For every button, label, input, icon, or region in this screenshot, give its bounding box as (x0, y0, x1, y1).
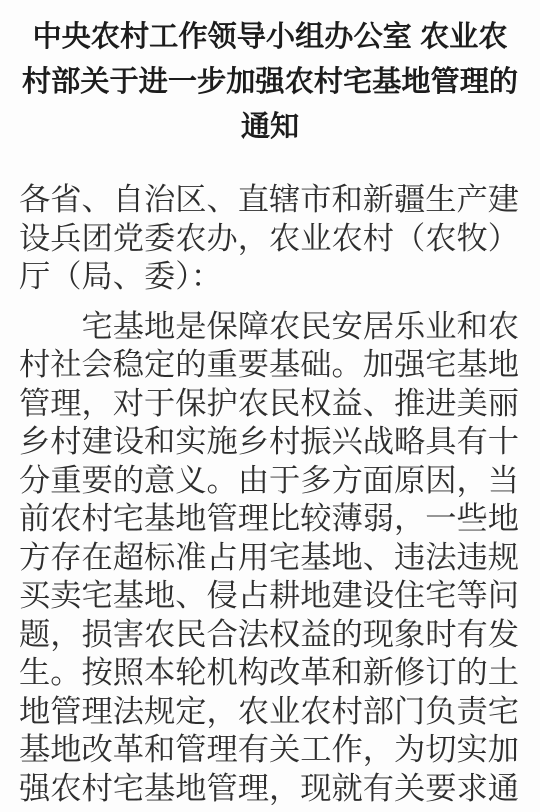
document-page: 中央农村工作领导小组办公室 农业农村部关于进一步加强农村宅基地管理的通知 各省、… (0, 0, 540, 812)
body-paragraph: 宅基地是保障农民安居乐业和农村社会稳定的重要基础。加强宅基地管理，对于保护农民权… (19, 308, 521, 809)
salutation-paragraph: 各省、自治区、直辖市和新疆生产建设兵团党委农办，农业农村（农牧）厅（局、委）： (19, 181, 521, 297)
document-title: 中央农村工作领导小组办公室 农业农村部关于进一步加强农村宅基地管理的通知 (19, 15, 521, 150)
